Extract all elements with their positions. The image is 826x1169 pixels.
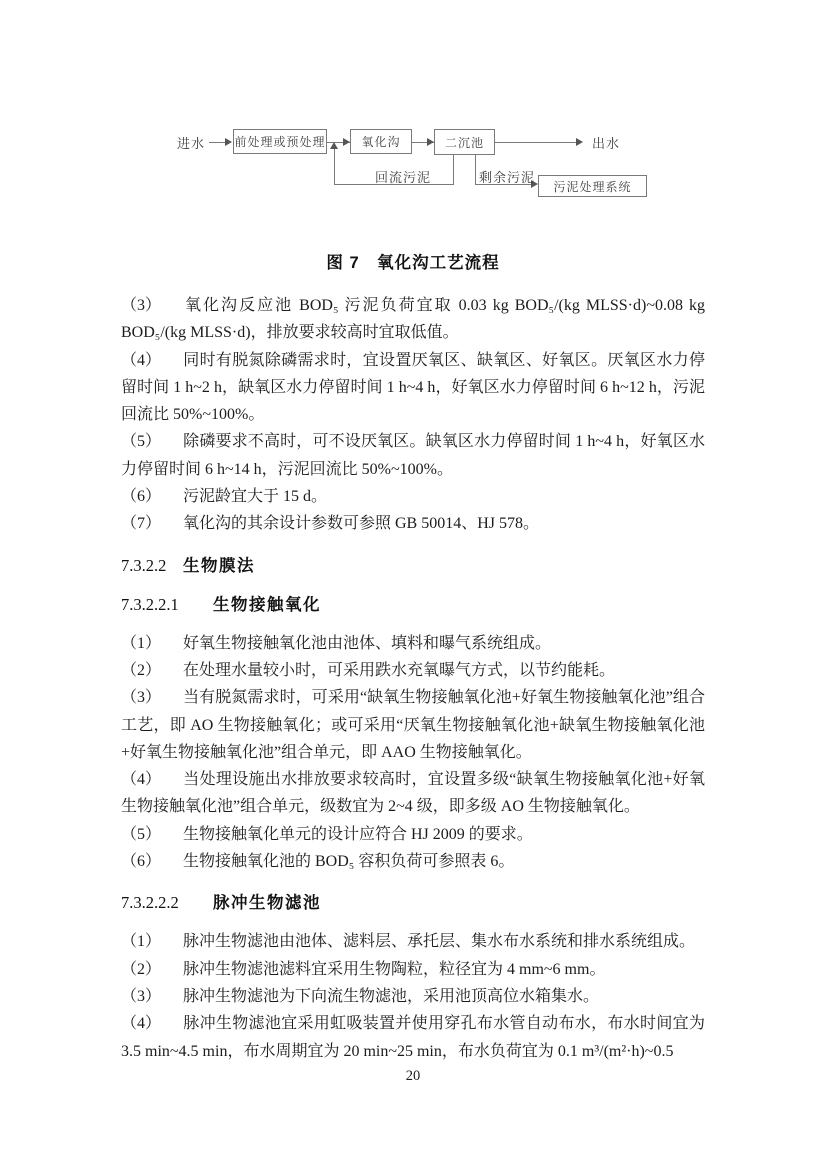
section-bio-contact-oxidation: （1）好氧生物接触氧化池由池体、填料和曝气系统组成。 （2）在处理水量较小时，可…: [121, 630, 705, 876]
heading-pulse-biofilter: 7.3.2.2.2脉冲生物滤池: [121, 892, 705, 914]
heading-number: 7.3.2.2.2: [121, 892, 213, 914]
heading-title: 生物接触氧化: [213, 596, 321, 614]
arrow-right-icon: [576, 138, 583, 146]
arrow-right-icon: [225, 138, 232, 146]
item-number: （4）: [121, 766, 183, 793]
list-item: （3）氧化沟反应池 BOD₅ 污泥负荷宜取 0.03 kg BOD₅/(kg M…: [121, 292, 705, 347]
flow-label-influent: 进水: [177, 133, 205, 152]
item-text: 污泥龄宜大于 15 d。: [183, 488, 327, 505]
connector-line: [495, 142, 576, 143]
list-item: （1）好氧生物接触氧化池由池体、填料和曝气系统组成。: [121, 630, 705, 657]
flow-box-secondary-clarifier: 二沉池: [434, 129, 495, 155]
flow-box-oxidation-ditch: 氧化沟: [350, 129, 412, 154]
excess-sludge-line: [475, 155, 476, 185]
process-flow-diagram: 进水 前处理或预处理 氧化沟 二沉池 出水 回流污泥: [121, 125, 705, 203]
item-text: 生物接触氧化池的 BOD₅ 容积负荷可参照表 6。: [183, 853, 514, 870]
list-item: （2）在处理水量较小时，可采用跌水充氧曝气方式，以节约能耗。: [121, 657, 705, 684]
list-item: （6）污泥龄宜大于 15 d。: [121, 483, 705, 510]
item-text: 当处理设施出水排放要求较高时，宜设置多级“缺氧生物接触氧化池+好氧生物接触氧化池…: [121, 771, 705, 815]
item-text: 好氧生物接触氧化池由池体、填料和曝气系统组成。: [183, 635, 551, 652]
list-item: （7）氧化沟的其余设计参数可参照 GB 50014、HJ 578。: [121, 510, 705, 537]
list-item: （5）除磷要求不高时，可不设厌氧区。缺氧区水力停留时间 1 h~4 h，好氧区水…: [121, 428, 705, 483]
item-text: 脉冲生物滤池宜采用虹吸装置并使用穿孔布水管自动布水，布水时间宜为 3.5 min…: [121, 1015, 705, 1059]
item-number: （3）: [121, 684, 183, 711]
flow-box-pretreatment: 前处理或预处理: [233, 129, 327, 154]
item-number: （4）: [121, 1010, 183, 1037]
flow-box-label: 前处理或预处理: [234, 133, 325, 150]
list-item: （5）生物接触氧化单元的设计应符合 HJ 2009 的要求。: [121, 821, 705, 848]
item-number: （6）: [121, 848, 183, 875]
item-number: （3）: [121, 292, 183, 319]
list-item: （4）同时有脱氮除磷需求时，宜设置厌氧区、缺氧区、好氧区。厌氧区水力停留时间 1…: [121, 347, 705, 429]
figure-caption: 图 7 氧化沟工艺流程: [121, 252, 705, 274]
return-sludge-line: [334, 149, 335, 184]
arrow-right-icon: [343, 138, 350, 146]
item-number: （5）: [121, 821, 183, 848]
heading-title: 生物膜法: [183, 557, 255, 575]
list-item: （4）脉冲生物滤池宜采用虹吸装置并使用穿孔布水管自动布水，布水时间宜为 3.5 …: [121, 1010, 705, 1065]
item-number: （5）: [121, 428, 183, 455]
arrow-up-icon: [330, 142, 338, 149]
heading-bio-contact-oxidation: 7.3.2.2.1生物接触氧化: [121, 594, 705, 616]
flow-label-effluent: 出水: [592, 133, 620, 152]
flow-box-label: 氧化沟: [361, 133, 400, 150]
item-text: 脉冲生物滤池由池体、滤料层、承托层、集水布水系统和排水系统组成。: [183, 933, 695, 950]
list-item: （2）脉冲生物滤池滤料宜采用生物陶粒，粒径宜为 4 mm~6 mm。: [121, 956, 705, 983]
item-text: 脉冲生物滤池滤料宜采用生物陶粒，粒径宜为 4 mm~6 mm。: [183, 961, 605, 978]
item-text: 在处理水量较小时，可采用跌水充氧曝气方式，以节约能耗。: [183, 662, 615, 679]
item-text: 氧化沟的其余设计参数可参照 GB 50014、HJ 578。: [183, 515, 539, 532]
section-pulse-biofilter: （1）脉冲生物滤池由池体、滤料层、承托层、集水布水系统和排水系统组成。 （2）脉…: [121, 928, 705, 1064]
item-text: 脉冲生物滤池为下向流生物滤池，采用池顶高位水箱集水。: [183, 988, 599, 1005]
heading-biofilm-method: 7.3.2.2生物膜法: [121, 555, 705, 577]
heading-number: 7.3.2.2: [121, 555, 183, 577]
item-text: 当有脱氮需求时，可采用“缺氧生物接触氧化池+好氧生物接触氧化池”组合工艺，即 A…: [121, 689, 705, 761]
list-item: （6）生物接触氧化池的 BOD₅ 容积负荷可参照表 6。: [121, 848, 705, 875]
list-item: （4）当处理设施出水排放要求较高时，宜设置多级“缺氧生物接触氧化池+好氧生物接触…: [121, 766, 705, 821]
item-number: （3）: [121, 983, 183, 1010]
arrow-right-icon: [427, 138, 434, 146]
item-number: （6）: [121, 483, 183, 510]
item-text: 氧化沟反应池 BOD₅ 污泥负荷宜取 0.03 kg BOD₅/(kg MLSS…: [121, 297, 705, 341]
item-text: 除磷要求不高时，可不设厌氧区。缺氧区水力停留时间 1 h~4 h，好氧区水力停留…: [121, 433, 705, 477]
section-oxidation-ditch: （3）氧化沟反应池 BOD₅ 污泥负荷宜取 0.03 kg BOD₅/(kg M…: [121, 292, 705, 538]
flow-box-sludge-treatment: 污泥处理系统: [538, 175, 647, 197]
page-content: 进水 前处理或预处理 氧化沟 二沉池 出水 回流污泥: [0, 125, 826, 1065]
item-number: （1）: [121, 928, 183, 955]
page-number: 20: [0, 1068, 826, 1085]
item-number: （2）: [121, 657, 183, 684]
item-text: 同时有脱氮除磷需求时，宜设置厌氧区、缺氧区、好氧区。厌氧区水力停留时间 1 h~…: [121, 352, 705, 424]
heading-number: 7.3.2.2.1: [121, 594, 213, 616]
item-number: （2）: [121, 956, 183, 983]
item-number: （4）: [121, 347, 183, 374]
list-item: （1）脉冲生物滤池由池体、滤料层、承托层、集水布水系统和排水系统组成。: [121, 928, 705, 955]
flow-box-label: 二沉池: [445, 134, 484, 151]
flow-label-return-sludge: 回流污泥: [375, 167, 431, 186]
list-item: （3）脉冲生物滤池为下向流生物滤池，采用池顶高位水箱集水。: [121, 983, 705, 1010]
document-page: 进水 前处理或预处理 氧化沟 二沉池 出水 回流污泥: [0, 0, 826, 1169]
item-number: （7）: [121, 510, 183, 537]
list-item: （3）当有脱氮需求时，可采用“缺氧生物接触氧化池+好氧生物接触氧化池”组合工艺，…: [121, 684, 705, 766]
item-number: （1）: [121, 630, 183, 657]
heading-title: 脉冲生物滤池: [213, 894, 321, 912]
return-sludge-line: [453, 155, 454, 185]
item-text: 生物接触氧化单元的设计应符合 HJ 2009 的要求。: [183, 826, 533, 843]
flow-label-excess-sludge: 剩余污泥: [479, 167, 535, 186]
flow-box-label: 污泥处理系统: [553, 178, 631, 195]
connector-line: [209, 142, 225, 143]
